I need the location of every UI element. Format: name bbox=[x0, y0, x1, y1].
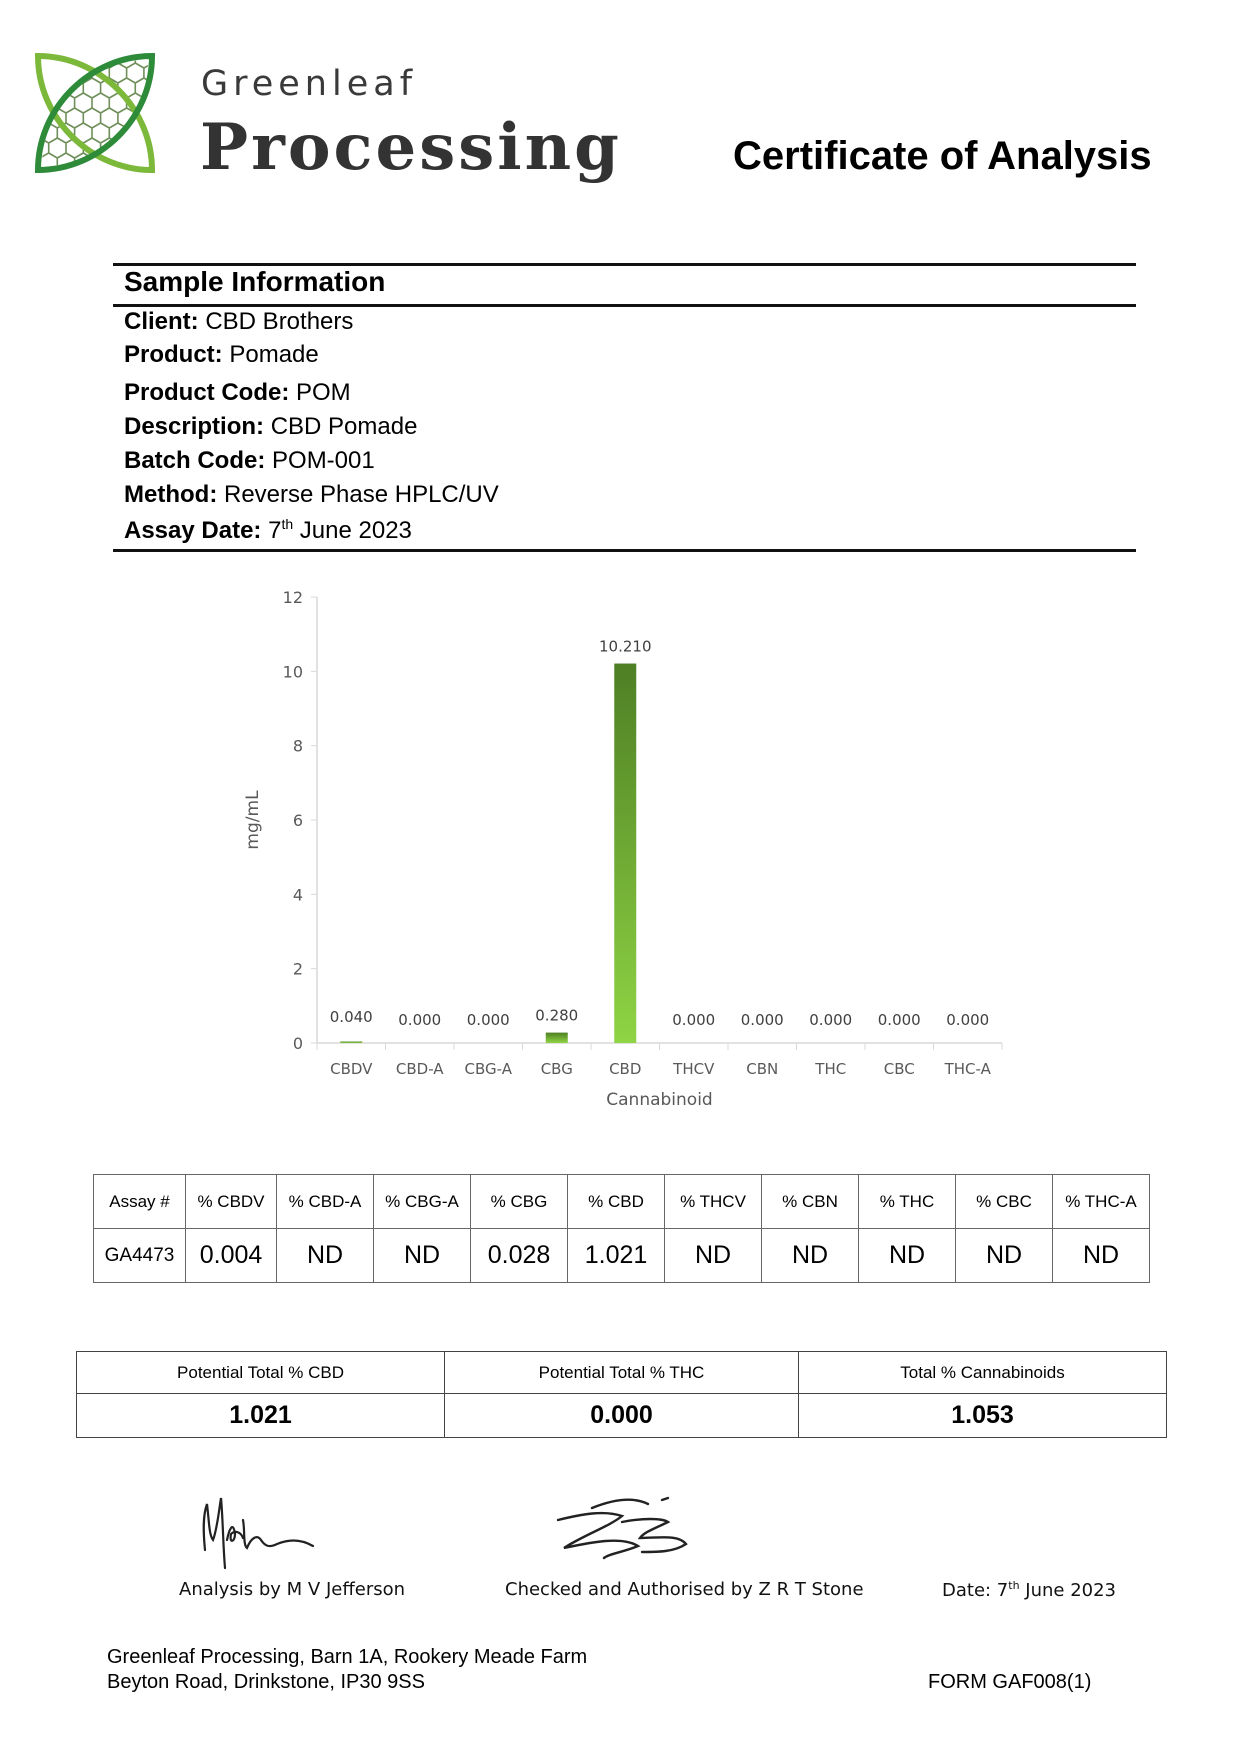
svg-text:0.000: 0.000 bbox=[946, 1011, 989, 1029]
svg-text:CBD-A: CBD-A bbox=[396, 1060, 444, 1078]
svg-text:0.000: 0.000 bbox=[878, 1011, 921, 1029]
svg-text:0.040: 0.040 bbox=[330, 1008, 373, 1026]
svg-text:THC: THC bbox=[814, 1060, 846, 1078]
info-product-code: Product Code: POM bbox=[124, 379, 351, 407]
result-cell: ND bbox=[665, 1229, 762, 1283]
svg-text:6: 6 bbox=[293, 811, 303, 830]
cannabinoid-bar-chart: 0246810120.040CBDV0.000CBD-A0.000CBG-A0.… bbox=[230, 575, 1030, 1115]
svg-text:10: 10 bbox=[283, 662, 303, 681]
svg-text:0.000: 0.000 bbox=[672, 1011, 715, 1029]
column-header: % CBD bbox=[568, 1175, 665, 1229]
info-method: Method: Reverse Phase HPLC/UV bbox=[124, 481, 499, 509]
header-total-thc: Potential Total % THC bbox=[445, 1352, 799, 1394]
column-header: % CBG-A bbox=[374, 1175, 471, 1229]
svg-text:THCV: THCV bbox=[672, 1060, 715, 1078]
svg-text:10.210: 10.210 bbox=[599, 638, 652, 656]
column-header: % CBG bbox=[471, 1175, 568, 1229]
svg-text:0.000: 0.000 bbox=[467, 1011, 510, 1029]
brand-name-line2: Processing bbox=[200, 110, 622, 185]
result-cell: ND bbox=[859, 1229, 956, 1283]
analyst-label: Analysis by M V Jefferson bbox=[179, 1579, 405, 1600]
column-header: % THCV bbox=[665, 1175, 762, 1229]
footer-address-line2: Beyton Road, Drinkstone, IP30 9SS bbox=[107, 1671, 425, 1694]
info-client: Client: CBD Brothers bbox=[124, 308, 353, 336]
assay-results-table: Assay #% CBDV% CBD-A% CBG-A% CBG% CBD% T… bbox=[93, 1174, 1150, 1283]
column-header: % CBD-A bbox=[277, 1175, 374, 1229]
result-cell: 0.028 bbox=[471, 1229, 568, 1283]
svg-text:CBDV: CBDV bbox=[330, 1060, 373, 1078]
assay-id-cell: GA4473 bbox=[94, 1229, 186, 1283]
totals-table: Potential Total % CBD Potential Total % … bbox=[76, 1351, 1167, 1438]
svg-text:8: 8 bbox=[293, 737, 303, 756]
result-cell: 1.021 bbox=[568, 1229, 665, 1283]
header-total-cannabinoids: Total % Cannabinoids bbox=[799, 1352, 1167, 1394]
column-header: % THC-A bbox=[1053, 1175, 1150, 1229]
svg-text:4: 4 bbox=[293, 885, 303, 904]
svg-text:Cannabinoid: Cannabinoid bbox=[606, 1090, 712, 1110]
checker-signature bbox=[552, 1492, 702, 1562]
table-header-row: Assay #% CBDV% CBD-A% CBG-A% CBG% CBD% T… bbox=[94, 1175, 1150, 1229]
svg-text:0.000: 0.000 bbox=[809, 1011, 852, 1029]
signature-date: Date: 7th June 2023 bbox=[942, 1579, 1116, 1601]
table-header-row: Potential Total % CBD Potential Total % … bbox=[77, 1352, 1167, 1394]
svg-text:mg/mL: mg/mL bbox=[243, 790, 263, 850]
footer-address-line1: Greenleaf Processing, Barn 1A, Rookery M… bbox=[107, 1646, 587, 1669]
section-heading: Sample Information bbox=[124, 266, 385, 298]
column-header: % THC bbox=[859, 1175, 956, 1229]
result-cell: ND bbox=[277, 1229, 374, 1283]
value-total-cbd: 1.021 bbox=[77, 1394, 445, 1438]
svg-text:CBD: CBD bbox=[609, 1060, 641, 1078]
column-header: % CBDV bbox=[186, 1175, 277, 1229]
form-code: FORM GAF008(1) bbox=[928, 1671, 1091, 1694]
checker-label: Checked and Authorised by Z R T Stone bbox=[505, 1579, 864, 1600]
info-description: Description: CBD Pomade bbox=[124, 413, 417, 441]
column-header: Assay # bbox=[94, 1175, 186, 1229]
svg-text:2: 2 bbox=[293, 960, 303, 979]
value-total-thc: 0.000 bbox=[445, 1394, 799, 1438]
svg-text:CBG-A: CBG-A bbox=[465, 1060, 513, 1078]
divider bbox=[113, 549, 1136, 552]
svg-text:0.000: 0.000 bbox=[398, 1011, 441, 1029]
info-product: Product: Pomade bbox=[124, 341, 319, 369]
page-title: Certificate of Analysis bbox=[733, 134, 1152, 179]
value-total-cannabinoids: 1.053 bbox=[799, 1394, 1167, 1438]
svg-text:THC-A: THC-A bbox=[944, 1060, 992, 1078]
result-cell: ND bbox=[1053, 1229, 1150, 1283]
svg-text:0.280: 0.280 bbox=[535, 1007, 578, 1025]
svg-text:CBN: CBN bbox=[746, 1060, 778, 1078]
svg-text:0: 0 bbox=[293, 1034, 303, 1053]
svg-text:CBC: CBC bbox=[884, 1060, 915, 1078]
column-header: % CBC bbox=[956, 1175, 1053, 1229]
result-cell: ND bbox=[956, 1229, 1053, 1283]
table-row: GA44730.004NDND0.0281.021NDNDNDNDND bbox=[94, 1229, 1150, 1283]
analyst-signature bbox=[195, 1490, 355, 1570]
svg-text:12: 12 bbox=[283, 588, 303, 607]
svg-text:0.000: 0.000 bbox=[741, 1011, 784, 1029]
column-header: % CBN bbox=[762, 1175, 859, 1229]
info-batch-code: Batch Code: POM-001 bbox=[124, 447, 375, 475]
table-row: 1.021 0.000 1.053 bbox=[77, 1394, 1167, 1438]
header-total-cbd: Potential Total % CBD bbox=[77, 1352, 445, 1394]
svg-text:CBG: CBG bbox=[541, 1060, 573, 1078]
info-assay-date: Assay Date: 7th June 2023 bbox=[124, 516, 412, 545]
brand-name-line1: Greenleaf bbox=[201, 64, 417, 104]
divider bbox=[113, 304, 1136, 307]
result-cell: 0.004 bbox=[186, 1229, 277, 1283]
result-cell: ND bbox=[374, 1229, 471, 1283]
result-cell: ND bbox=[762, 1229, 859, 1283]
hexagon-leaf-logo-icon bbox=[30, 48, 160, 178]
